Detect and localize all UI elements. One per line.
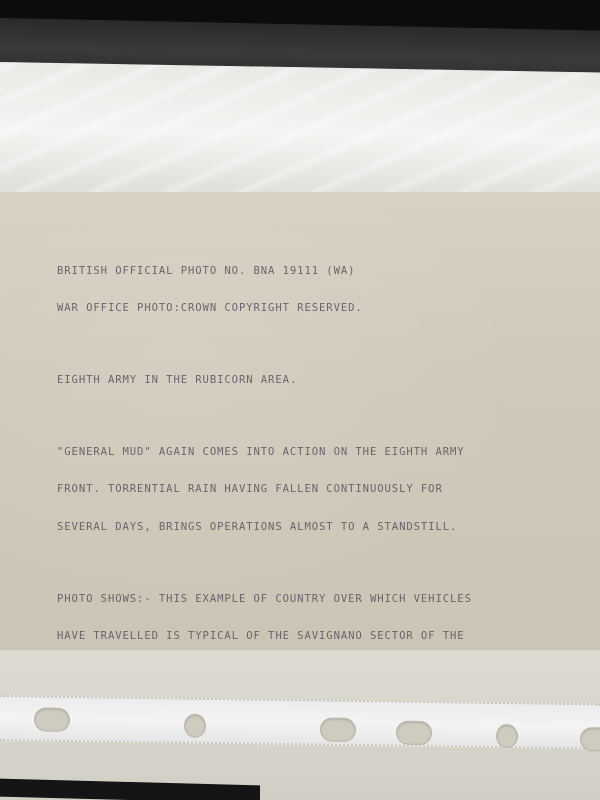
caption-header: BRITISH OFFICIAL PHOTO NO. BNA 19111 (WA…	[57, 240, 587, 339]
binder-hole	[396, 721, 432, 746]
binder-hole	[184, 714, 206, 738]
header-line-1: BRITISH OFFICIAL PHOTO NO. BNA 19111 (WA…	[57, 265, 587, 277]
binder-hole	[320, 717, 356, 742]
binder-hole	[580, 727, 600, 752]
paragraph-1-line: "GENERAL MUD" AGAIN COMES INTO ACTION ON…	[57, 446, 587, 458]
paragraph-2-line: PHOTO SHOWS:- THIS EXAMPLE OF COUNTRY OV…	[57, 593, 587, 605]
paragraph-1-line: SEVERAL DAYS, BRINGS OPERATIONS ALMOST T…	[57, 521, 587, 533]
plastic-sleeve-top	[0, 62, 600, 207]
header-line-2: WAR OFFICE PHOTO:CROWN COPYRIGHT RESERVE…	[57, 302, 587, 314]
paragraph-2-line: HAVE TRAVELLED IS TYPICAL OF THE SAVIGNA…	[57, 630, 587, 642]
punched-binder-strip	[0, 695, 600, 749]
caption-title: EIGHTH ARMY IN THE RUBICORN AREA.	[57, 349, 587, 411]
paragraph-1-line: FRONT. TORRENTIAL RAIN HAVING FALLEN CON…	[57, 483, 587, 495]
photo-caption-sheet: BRITISH OFFICIAL PHOTO NO. BNA 19111 (WA…	[0, 192, 600, 650]
caption-paragraph-1: "GENERAL MUD" AGAIN COMES INTO ACTION ON…	[57, 421, 587, 557]
binder-hole	[496, 724, 518, 748]
title-line: EIGHTH ARMY IN THE RUBICORN AREA.	[57, 374, 587, 386]
binder-hole	[34, 707, 70, 732]
